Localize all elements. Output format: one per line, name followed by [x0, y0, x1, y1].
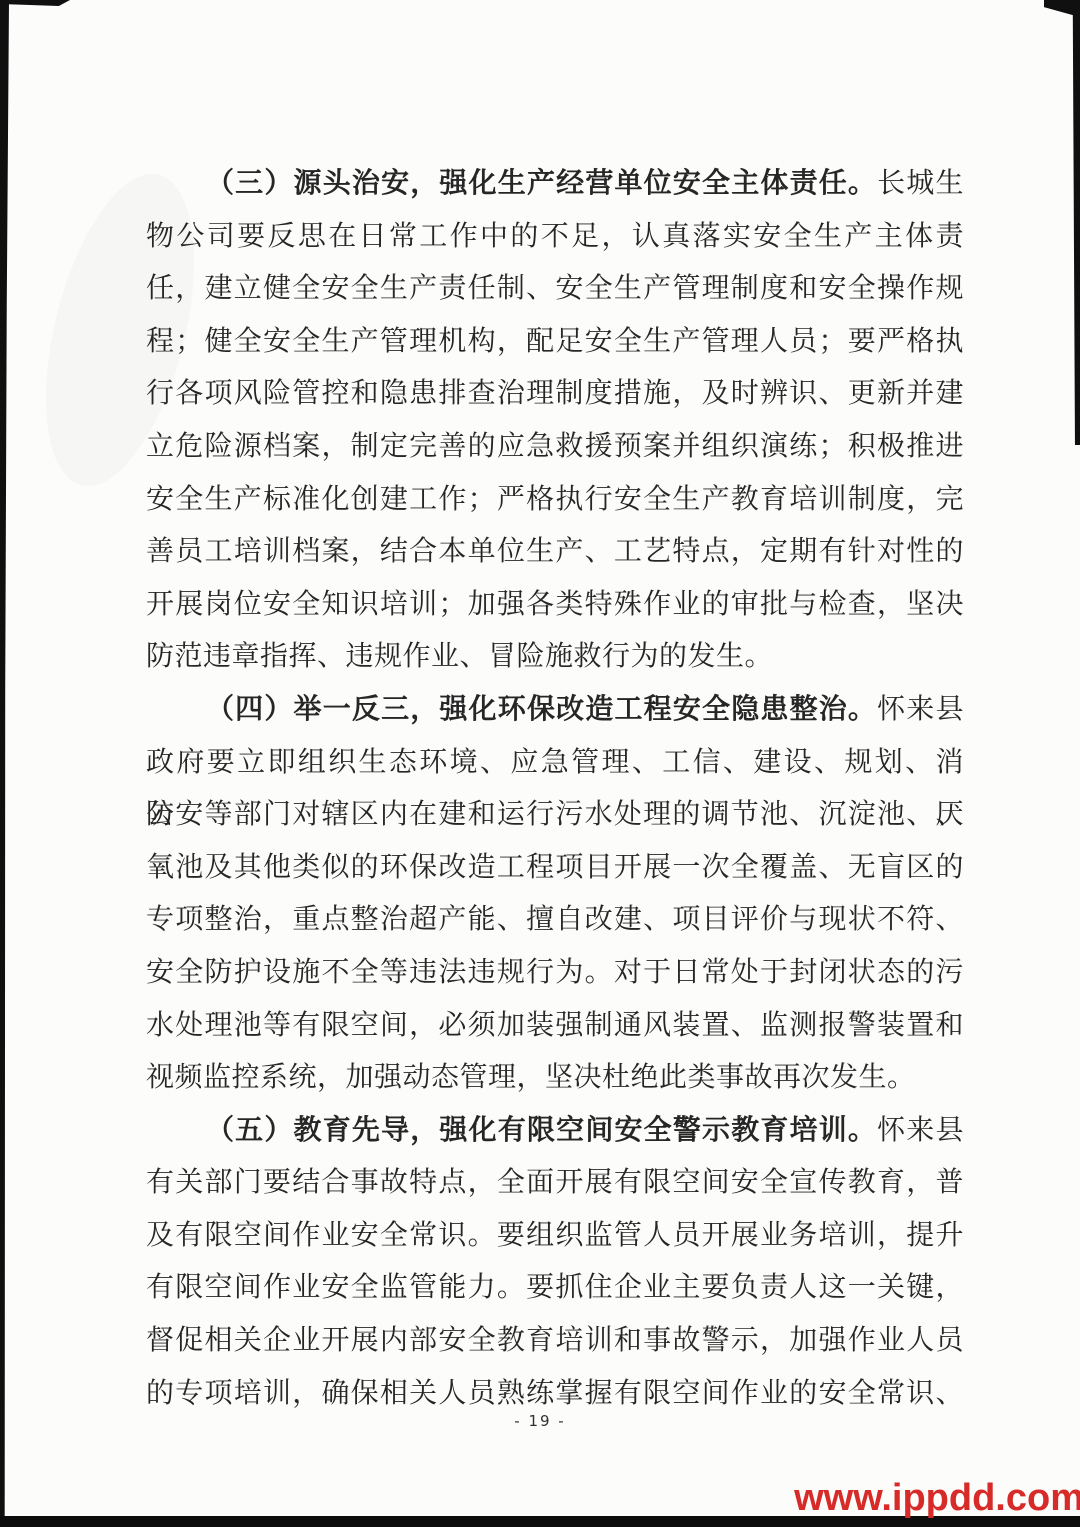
text-line: 立危险源档案，制定完善的应急救援预案并组织演练；积极推进: [146, 421, 964, 474]
paragraph-text: 督促相关企业开展内部安全教育培训和事故警示，加强作业人员: [146, 1325, 964, 1356]
paragraph-text: 行各项风险管控和隐患排查治理制度措施，及时辨识、更新并建: [146, 378, 964, 409]
paragraph-text: 任，建立健全安全生产责任制、安全生产管理制度和安全操作规: [146, 273, 964, 304]
paragraph-text: 物公司要反思在日常工作中的不足，认真落实安全生产主体责: [146, 221, 964, 252]
text-line: （三）源头治安，强化生产经营单位安全主体责任。长城生: [146, 158, 964, 211]
paragraph-text: 怀来县: [877, 694, 964, 725]
text-line: 安全防护设施不全等违法违规行为。对于日常处于封闭状态的污: [146, 947, 964, 1000]
text-line: 专项整治，重点整治超产能、擅自改建、项目评价与现状不符、: [146, 894, 964, 947]
text-line: 善员工培训档案，结合本单位生产、工艺特点，定期有针对性的: [146, 526, 964, 579]
text-line: 有限空间作业安全监管能力。要抓住企业主要负责人这一关键，: [146, 1262, 964, 1315]
scan-border-right: [1044, 0, 1080, 445]
text-line: 行各项风险管控和隐患排查治理制度措施，及时辨识、更新并建: [146, 368, 964, 421]
text-line: 及有限空间作业安全常识。要组织监管人员开展业务培训，提升: [146, 1210, 964, 1263]
text-line: 公安等部门对辖区内在建和运行污水处理的调节池、沉淀池、厌: [146, 789, 964, 842]
text-line: （四）举一反三，强化环保改造工程安全隐患整治。怀来县: [146, 684, 964, 737]
paragraph-text: 氧池及其他类似的环保改造工程项目开展一次全覆盖、无盲区的: [146, 852, 964, 883]
paragraph-text: 安全防护设施不全等违法违规行为。对于日常处于封闭状态的污: [146, 957, 964, 988]
paragraph-text: 有限空间作业安全监管能力。要抓住企业主要负责人这一关键，: [146, 1272, 964, 1303]
paragraph-text: 水处理池等有限空间，必须加装强制通风装置、监测报警装置和: [146, 1010, 964, 1041]
paragraph-text: 防范违章指挥、违规作业、冒险施救行为的发生。: [146, 641, 773, 672]
paragraph-text: 的专项培训，确保相关人员熟练掌握有限空间作业的安全常识、: [146, 1378, 964, 1409]
paragraph-lead: （三）源头治安，强化生产经营单位安全主体责任。: [206, 168, 877, 199]
document-page: （三）源头治安，强化生产经营单位安全主体责任。长城生物公司要反思在日常工作中的不…: [0, 0, 1080, 1527]
paragraph-text: 长城生: [877, 168, 964, 199]
text-line: 程；健全安全生产管理机构，配足安全生产管理人员；要严格执: [146, 316, 964, 369]
text-line: 安全生产标准化创建工作；严格执行安全生产教育培训制度，完: [146, 474, 964, 527]
text-line: （五）教育先导，强化有限空间安全警示教育培训。怀来县: [146, 1105, 964, 1158]
text-line: 物公司要反思在日常工作中的不足，认真落实安全生产主体责: [146, 211, 964, 264]
text-line: 氧池及其他类似的环保改造工程项目开展一次全覆盖、无盲区的: [146, 842, 964, 895]
text-line: 视频监控系统，加强动态管理，坚决杜绝此类事故再次发生。: [146, 1052, 964, 1105]
text-line: 开展岗位安全知识培训；加强各类特殊作业的审批与检查，坚决: [146, 579, 964, 632]
paragraph-text: 怀来县: [877, 1115, 964, 1146]
page-number: - 19 -: [0, 1412, 1080, 1430]
text-line: 任，建立健全安全生产责任制、安全生产管理制度和安全操作规: [146, 263, 964, 316]
text-line: 水处理池等有限空间，必须加装强制通风装置、监测报警装置和: [146, 1000, 964, 1053]
paragraph-text: 专项整治，重点整治超产能、擅自改建、项目评价与现状不符、: [146, 904, 964, 935]
text-line: 督促相关企业开展内部安全教育培训和事故警示，加强作业人员: [146, 1315, 964, 1368]
watermark: www.ippdd.com: [794, 1477, 1080, 1520]
paragraph-text: 有关部门要结合事故特点，全面开展有限空间安全宣传教育，普: [146, 1167, 964, 1198]
paragraph-text: 及有限空间作业安全常识。要组织监管人员开展业务培训，提升: [146, 1220, 964, 1251]
paragraph-lead: （五）教育先导，强化有限空间安全警示教育培训。: [206, 1115, 877, 1146]
paragraph-text: 程；健全安全生产管理机构，配足安全生产管理人员；要严格执: [146, 326, 964, 357]
paragraph-text: 公安等部门对辖区内在建和运行污水处理的调节池、沉淀池、厌: [146, 799, 964, 830]
paragraph-text: 开展岗位安全知识培训；加强各类特殊作业的审批与检查，坚决: [146, 589, 964, 620]
paragraph-text: 立危险源档案，制定完善的应急救援预案并组织演练；积极推进: [146, 431, 964, 462]
text-line: 政府要立即组织生态环境、应急管理、工信、建设、规划、消防、: [146, 737, 964, 790]
document-body: （三）源头治安，强化生产经营单位安全主体责任。长城生物公司要反思在日常工作中的不…: [146, 158, 964, 1420]
paragraph-text: 善员工培训档案，结合本单位生产、工艺特点，定期有针对性的: [146, 536, 964, 567]
scan-border-left: [0, 0, 9, 1527]
paragraph-text: 安全生产标准化创建工作；严格执行安全生产教育培训制度，完: [146, 484, 964, 515]
text-line: 防范违章指挥、违规作业、冒险施救行为的发生。: [146, 631, 964, 684]
paragraph-lead: （四）举一反三，强化环保改造工程安全隐患整治。: [206, 694, 877, 725]
text-line: 有关部门要结合事故特点，全面开展有限空间安全宣传教育，普: [146, 1157, 964, 1210]
paragraph-text: 视频监控系统，加强动态管理，坚决杜绝此类事故再次发生。: [146, 1062, 916, 1093]
scan-border-top: [8, 0, 70, 6]
